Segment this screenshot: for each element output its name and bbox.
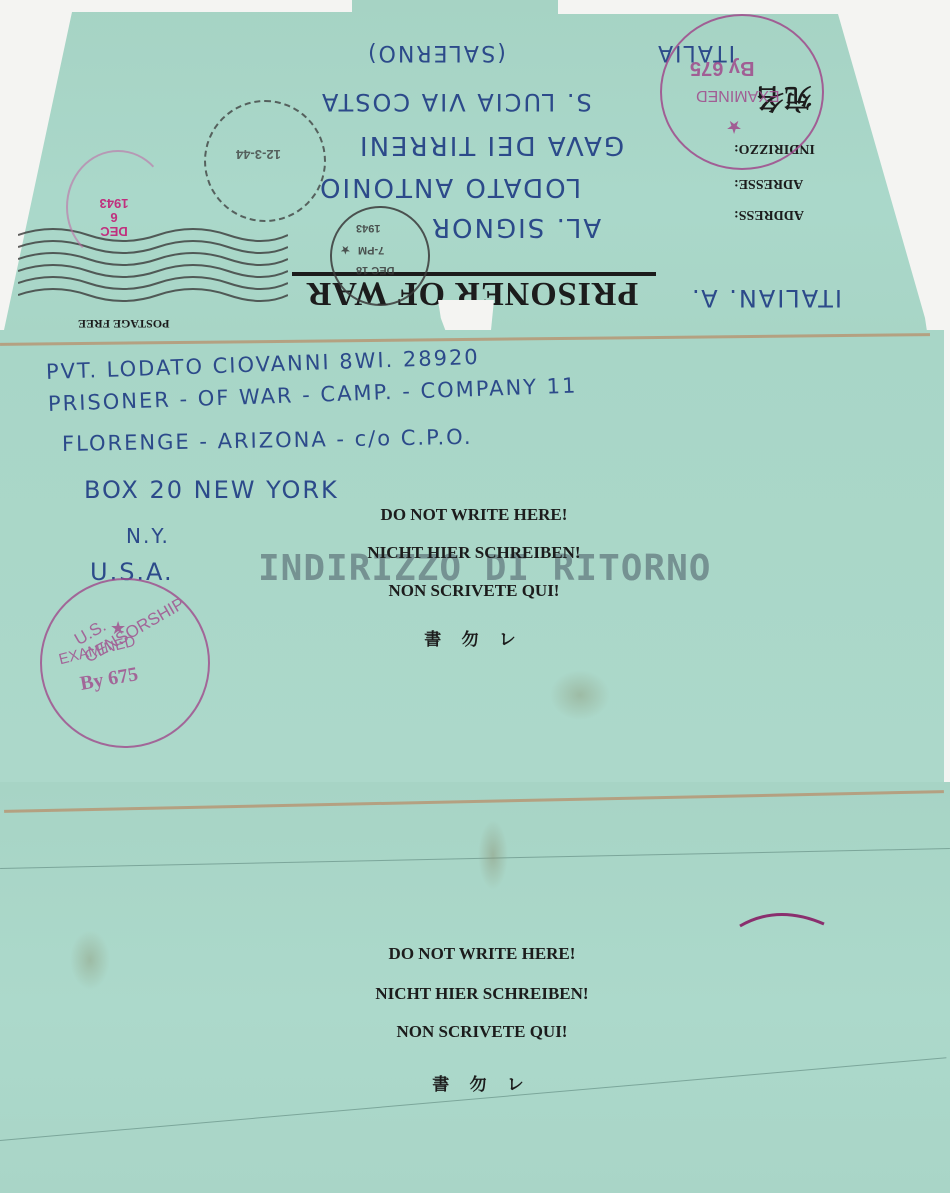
- warning-de: NICHT HIER SCHREIBEN!: [294, 543, 654, 581]
- censor-stamp-by: By 675: [78, 663, 139, 696]
- postmark-italy: 12-3-44: [204, 100, 326, 222]
- postmark-ny-date: DEC 18: [356, 264, 395, 276]
- recipient-line-4: S. LUCIA VIA COSTA: [320, 88, 592, 116]
- recipient-line-5: (SALERNO): [366, 40, 506, 65]
- stain: [70, 930, 110, 990]
- warning-block-2: DO NOT WRITE HERE! NICHT HIER SCHREIBEN!…: [302, 944, 662, 1095]
- address-label-fr: ADRESSE:: [734, 175, 803, 191]
- address-label-en: ADDRESS:: [734, 206, 804, 222]
- warning-block-1: DO NOT WRITE HERE! NICHT HIER SCHREIBEN!…: [294, 505, 654, 650]
- warning-de: NICHT HIER SCHREIBEN!: [302, 984, 662, 1022]
- censor-stamp-flap: By 675 EXAMINED ★: [660, 14, 824, 170]
- censor-stamp-flap-by: By 675: [690, 56, 755, 79]
- stain: [550, 670, 610, 720]
- censor-stamp-panel1: U.S. CENSORSHIP ★ EXAMINED By 675: [40, 578, 210, 748]
- warning-kanji: 書 勿 レ: [302, 1070, 662, 1095]
- stain: [478, 820, 508, 890]
- recipient-line-3: GAVA DEI TIRRENI: [358, 130, 624, 160]
- recipient-line-1: AL. SIGNOR: [430, 212, 601, 242]
- postmark-italy-date: 12-3-44: [236, 147, 281, 162]
- postmark-ny: 1943 7-PM DEC 18 ★: [330, 206, 430, 306]
- postmark-ny-time: 7-PM: [358, 244, 384, 256]
- receipt-year: 1943: [96, 196, 132, 210]
- receipt-month: DEC: [96, 224, 132, 238]
- warning-en: DO NOT WRITE HERE!: [294, 505, 654, 543]
- recipient-line-2: LODATO ANTONIO: [318, 172, 581, 202]
- censor-arc-fragment: [738, 908, 828, 930]
- receipt-date-stamp: DEC 6 1943: [96, 196, 132, 238]
- warning-it: NON SCRIVETE QUI!: [294, 581, 654, 619]
- warning-kanji: 書 勿 レ: [294, 625, 654, 650]
- postmark-ny-year: 1943: [356, 222, 380, 234]
- sender-line-4: BOX 20 NEW YORK: [84, 476, 339, 504]
- star-icon: ★: [726, 116, 742, 137]
- star-icon: ★: [340, 242, 351, 257]
- return-note: ITALIAN. A.: [690, 284, 842, 312]
- censor-stamp-flap-center: EXAMINED: [696, 86, 780, 104]
- warning-en: DO NOT WRITE HERE!: [302, 944, 662, 984]
- warning-it: NON SCRIVETE QUI!: [302, 1022, 662, 1060]
- postage-free-label: POSTAGE FREE: [78, 316, 169, 331]
- receipt-day: 6: [96, 210, 132, 224]
- sender-line-5: N.Y.: [126, 524, 170, 548]
